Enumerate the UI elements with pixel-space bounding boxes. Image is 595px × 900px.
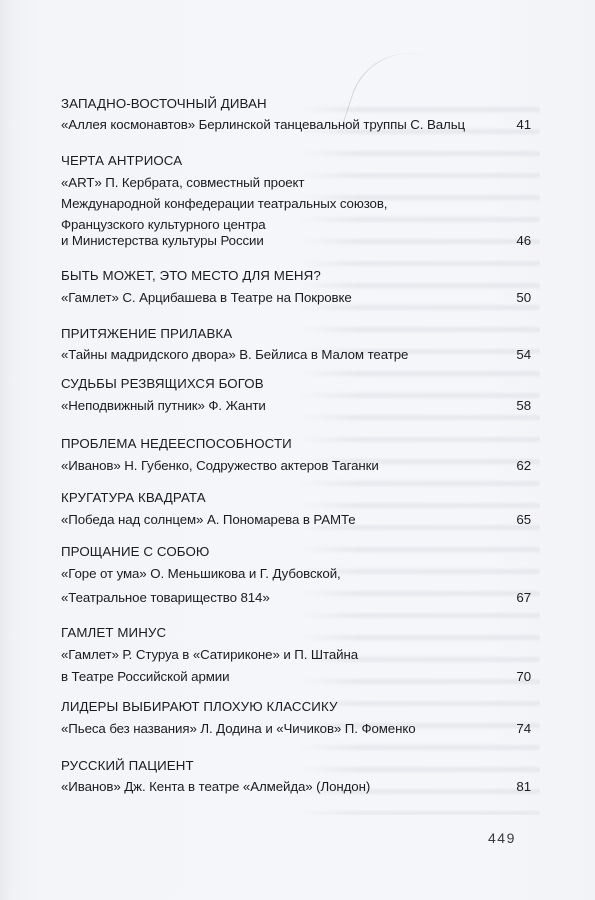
folio-page-number: 449: [488, 830, 516, 846]
entry-title: ГАМЛЕТ МИНУС: [61, 625, 531, 641]
entry-line: «Иванов» Н. Губенко, Содружество актеров…: [61, 458, 531, 474]
entry-line: «Гамлет» Р. Стуруа в «Сатириконе» и П. Ш…: [61, 647, 531, 663]
book-page: ЗАПАДНО-ВОСТОЧНЫЙ ДИВАН «Аллея космонавт…: [0, 0, 595, 900]
entry-title: ЛИДЕРЫ ВЫБИРАЮТ ПЛОХУЮ КЛАССИКУ: [61, 699, 531, 715]
entry-line: «Аллея космонавтов» Берлинской танцеваль…: [61, 117, 531, 133]
page-number: 81: [516, 779, 531, 795]
entry-line: и Министерства культуры России46: [61, 233, 531, 249]
entry-title: ЧЕРТА АНТРИОСА: [61, 153, 531, 169]
entry-line: «Горе от ума» О. Меньшикова и Г. Дубовск…: [61, 566, 531, 582]
entry-line: Международной конфедерации театральных с…: [61, 196, 531, 212]
page-number: 58: [516, 398, 531, 414]
entry-line: «Неподвижный путник» Ф. Жанти58: [61, 398, 531, 414]
entry-line: «Тайны мадридского двора» В. Бейлиса в М…: [61, 347, 531, 363]
page-number: 67: [516, 590, 531, 606]
entry-line: в Театре Российской армии70: [61, 669, 531, 685]
page-number: 41: [516, 117, 531, 133]
entry-title: ПРОБЛЕМА НЕДЕЕСПОСОБНОСТИ: [61, 436, 531, 452]
page-number: 70: [516, 669, 531, 685]
page-number: 54: [516, 347, 531, 363]
page-number: 74: [516, 721, 531, 737]
entry-title: ПРИТЯЖЕНИЕ ПРИЛАВКА: [61, 326, 531, 342]
entry-title: ПРОЩАНИЕ С СОБОЮ: [61, 544, 531, 560]
entry-line: «ART» П. Кербрата, совместный проект: [61, 175, 531, 191]
entry-line: «Победа над солнцем» А. Пономарева в РАМ…: [61, 512, 531, 528]
page-number: 46: [516, 233, 531, 249]
page-number: 50: [516, 290, 531, 306]
entry-title: БЫТЬ МОЖЕТ, ЭТО МЕСТО ДЛЯ МЕНЯ?: [61, 268, 531, 284]
entry-line: «Пьеса без названия» Л. Додина и «Чичико…: [61, 721, 531, 737]
entry-line: «Театральное товарищество 814»67: [61, 590, 531, 606]
entry-title: РУССКИЙ ПАЦИЕНТ: [61, 758, 531, 774]
entry-title: ЗАПАДНО-ВОСТОЧНЫЙ ДИВАН: [61, 96, 531, 112]
entry-title: КРУГАТУРА КВАДРАТА: [61, 490, 531, 506]
entry-line: «Гамлет» С. Арцибашева в Театре на Покро…: [61, 290, 531, 306]
entry-title: СУДЬБЫ РЕЗВЯЩИХСЯ БОГОВ: [61, 376, 531, 392]
page-number: 62: [516, 458, 531, 474]
entry-line: «Иванов» Дж. Кента в театре «Алмейда» (Л…: [61, 779, 531, 795]
page-number: 65: [516, 512, 531, 528]
entry-line: Французского культурного центра: [61, 217, 531, 233]
